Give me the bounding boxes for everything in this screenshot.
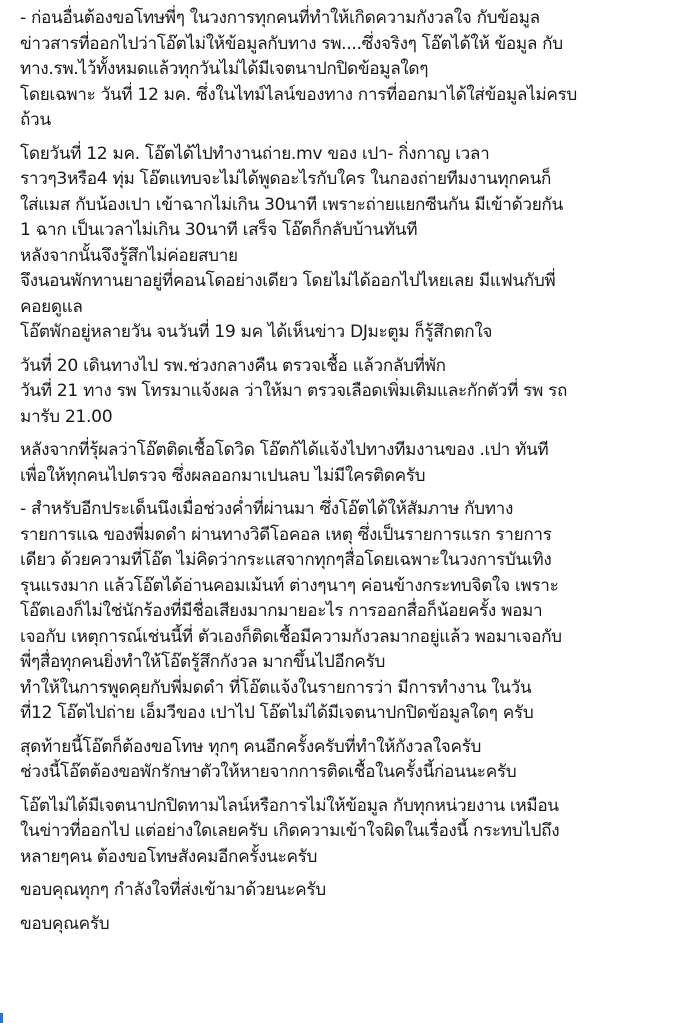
post-body: - ก่อนอื่นต้องขอโทษพี่ๆ ในวงการทุกคนที่ท… [20, 6, 690, 945]
text-line: ถ้วน [20, 108, 690, 134]
text-line: หลังจากที่รุ้ผลว่าโอ๊ตติดเชื้อโดวิด โอ๊ต… [20, 438, 690, 464]
text-line: โอ๊ตเองก็ไม่ใช่นักร้องที่มีชื่อเสียงมากม… [20, 599, 690, 625]
paragraph-final-apology: สุดท้ายนี้โอ๊ตก็ต้องขอโทษ ทุกๆ คนอีกครั้… [20, 735, 690, 786]
text-line: สุดท้ายนี้โอ๊ตก็ต้องขอโทษ ทุกๆ คนอีกครั้… [20, 735, 690, 761]
text-line: ขอบคุณทุกๆ กำลังใจที่ส่งเข้ามาด้วยนะครับ [20, 878, 690, 904]
text-line: ทำให้ในการพูดคุยกับพี่มดดำ ที่โอ๊ตแจ้งใน… [20, 676, 690, 702]
text-line: เดียว ด้วยความที่โอ๊ต ไม่คิดว่ากระแสจากท… [20, 548, 690, 574]
text-line: มารับ 21.00 [20, 405, 690, 431]
edge-accent-mark [0, 1013, 3, 1023]
text-line: พี่ๆสื่อทุกคนยิ่งทำให้โอ๊ตรู้สึกกังวล มา… [20, 650, 690, 676]
text-line: ช่วงนี้โอ๊ตต้องขอพักรักษาตัวให้หายจากการ… [20, 760, 690, 786]
text-line: โอ๊ตพักอยู่หลายวัน จนวันที่ 19 มค ได้เห็… [20, 320, 690, 346]
text-line: ใส่แมส กับน้องเปา เข้าฉากไม่เกิน 30นาที … [20, 193, 690, 219]
text-line: หลังจากนั้นจึงรู้สึกไม่ค่อยสบาย [20, 244, 690, 270]
text-line: โดยวันที่ 12 มค. โอ๊ตได้ไปทำงานถ่าย.mv ข… [20, 142, 690, 168]
paragraph-thanks-support: ขอบคุณทุกๆ กำลังใจที่ส่งเข้ามาด้วยนะครับ [20, 878, 690, 904]
paragraph-timeline-hospital: วันที่ 20 เดินทางไป รพ.ช่วงกลางคืน ตรวจเ… [20, 354, 690, 431]
paragraph-notified-team: หลังจากที่รุ้ผลว่าโอ๊ตติดเชื้อโดวิด โอ๊ต… [20, 438, 690, 489]
text-line: วันที่ 21 ทาง รพ โทรมาแจ้งผล ว่าให้มา ตร… [20, 379, 690, 405]
text-line: โดยเฉพาะ วันที่ 12 มค. ซึ่งในไทม์ไลน์ของ… [20, 83, 690, 109]
text-line: เพื่อให้ทุกคนไปตรวจ ซึ่งผลออกมาเปนลบ ไม่… [20, 464, 690, 490]
text-line: คอยดูแล [20, 295, 690, 321]
text-line: ข่าวสารที่ออกไปว่าโอ๊ตไม่ให้ข้อมูลกับทาง… [20, 32, 690, 58]
text-line: หลายๆคน ต้องขอโทษสังคมอีกครั้งนะครับ [20, 845, 690, 871]
text-line: - สำหรับอีกประเด็นนึงเมื่อช่วงค่ำที่ผ่าน… [20, 497, 690, 523]
text-line: จึงนอนพักทานยาอยู่ที่คอนโดอย่างเดียว โดย… [20, 269, 690, 295]
text-line: ทาง.รพ.ไว้ทั้งหมดแล้วทุกวันไม่ได้มีเจตนา… [20, 57, 690, 83]
text-line: ราวๆ3หรือ4 ทุ่ม โอ๊ตแทบจะไม่ได้พูดอะไรกั… [20, 167, 690, 193]
text-line: รายการแฉ ของพี่มดดำ ผ่านทางวิดีโอคอล เหต… [20, 523, 690, 549]
text-line: ที่12 โอ๊ตไปถ่าย เอ็มวีของ เปาไป โอ๊ตไม่… [20, 701, 690, 727]
text-line: วันที่ 20 เดินทางไป รพ.ช่วงกลางคืน ตรวจเ… [20, 354, 690, 380]
text-line: ในข่าวที่ออกไป แต่อย่างใดเลยครับ เกิดควา… [20, 819, 690, 845]
text-line: รุนแรงมาก แล้วโอ๊ตได้อ่านคอมเม้นท์ ต่างๆ… [20, 574, 690, 600]
paragraph-timeline-jan12: โดยวันที่ 12 มค. โอ๊ตได้ไปทำงานถ่าย.mv ข… [20, 142, 690, 346]
paragraph-thanks: ขอบคุณครับ [20, 912, 690, 938]
text-line: 1 ฉาก เป็นเวลาไม่เกิน 30นาที เสร็จ โอ๊ตก… [20, 218, 690, 244]
text-line: เจอกับ เหตุการณ์เช่นนี้ที่ ตัวเองก็ติดเช… [20, 625, 690, 651]
text-line: - ก่อนอื่นต้องขอโทษพี่ๆ ในวงการทุกคนที่ท… [20, 6, 690, 32]
text-line: โอ๊ตไม่ได้มีเจตนาปกปิดทามไลน์หรือการไม่ใ… [20, 794, 690, 820]
paragraph-no-intent: โอ๊ตไม่ได้มีเจตนาปกปิดทามไลน์หรือการไม่ใ… [20, 794, 690, 871]
text-line: ขอบคุณครับ [20, 912, 690, 938]
paragraph-apology-intro: - ก่อนอื่นต้องขอโทษพี่ๆ ในวงการทุกคนที่ท… [20, 6, 690, 134]
paragraph-interview: - สำหรับอีกประเด็นนึงเมื่อช่วงค่ำที่ผ่าน… [20, 497, 690, 727]
